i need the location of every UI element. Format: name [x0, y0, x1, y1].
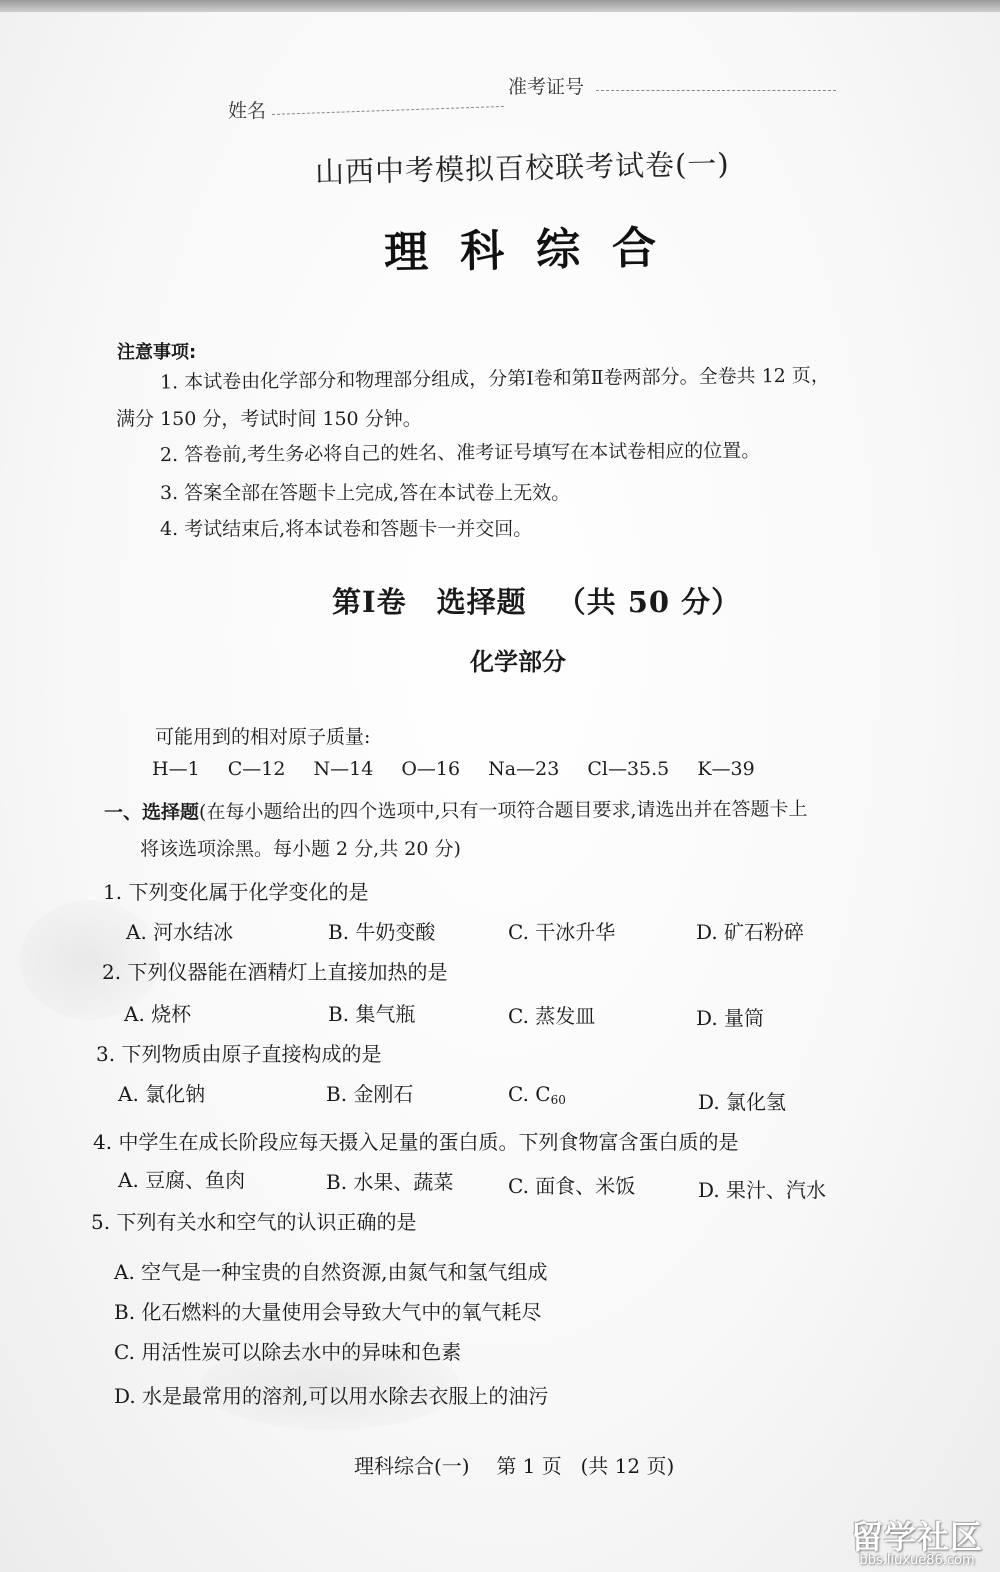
question-3-option-b: B. 金刚石: [326, 1078, 413, 1107]
atomic-mass-label: 可能用到的相对原子质量:: [155, 722, 370, 749]
footer-subject: 理科综合(一): [354, 1454, 470, 1478]
question-3-option-c: C. C60: [508, 1082, 566, 1107]
question-4-option-c: C. 面食、米饭: [508, 1170, 635, 1199]
question-4-option-d: D. 果汁、汽水: [698, 1174, 826, 1203]
atomic-mass-h: H—1: [152, 758, 200, 780]
section-heading: 第Ⅰ卷选择题（共 50 分）: [332, 580, 741, 621]
atomic-mass-k: K—39: [697, 758, 754, 780]
page-footer: 理科综合(一) 第 1 页 (共 12 页): [354, 1450, 674, 1479]
question-2-option-c: C. 蒸发皿: [508, 1000, 595, 1029]
notice-item-4: 4. 考试结束后,将本试卷和答题卡一并交回。: [160, 514, 532, 541]
question-1-option-b: B. 牛奶变酸: [328, 916, 435, 945]
mc-instructions: 一、选择题(在每小题给出的四个选项中,只有一项符合题目要求,请选出并在答题卡上: [104, 794, 808, 825]
question-5-option-c: C. 用活性炭可以除去水中的异味和色素: [114, 1336, 461, 1365]
question-1-option-d: D. 矿石粉碎: [696, 916, 804, 945]
mc-section-lead: 一、选择题: [104, 801, 199, 823]
notice-heading: 注意事项:: [117, 338, 196, 364]
notice-item-2: 2. 答卷前,考生务必将自己的姓名、准考证号填写在本试卷相应的位置。: [160, 436, 760, 467]
atomic-mass-list: H—1 C—12 N—14 O—16 Na—23 Cl—35.5 K—39: [152, 758, 777, 780]
notice-item-1-cont: 满分 150 分，考试时间 150 分钟。: [116, 404, 422, 431]
question-4-stem: 4. 中学生在成长阶段应每天摄入足量的蛋白质。下列食物富含蛋白质的是: [93, 1126, 738, 1155]
atomic-mass-na: Na—23: [488, 758, 559, 780]
question-2-option-a: A. 烧杯: [124, 998, 191, 1027]
atomic-mass-cl: Cl—35.5: [587, 758, 669, 780]
question-2-option-d: D. 量筒: [696, 1002, 764, 1031]
watermark-logo-text: 留学社区: [842, 1520, 992, 1554]
question-5-option-d: D. 水是最常用的溶剂,可以用水除去衣服上的油污: [114, 1380, 548, 1409]
mc-instructions-line1: (在每小题给出的四个选项中,只有一项符合题目要求,请选出并在答题卡上: [199, 798, 808, 823]
question-4-option-b: B. 水果、蔬菜: [326, 1166, 453, 1195]
question-3-option-c-text: C. C: [508, 1082, 551, 1106]
footer-page-number: 第 1 页: [496, 1454, 561, 1478]
footer-total-pages: (共 12 页): [581, 1454, 675, 1478]
exam-id-input-line[interactable]: [596, 90, 836, 91]
exam-id-label: 准考证号: [508, 72, 584, 99]
notice-item-3: 3. 答案全部在答题卡上完成,答在本试卷上无效。: [160, 478, 570, 505]
question-5-stem: 5. 下列有关水和空气的认识正确的是: [91, 1206, 416, 1235]
question-2-stem: 2. 下列仪器能在酒精灯上直接加热的是: [102, 956, 447, 985]
site-watermark: 留学社区 bbs.liuxue86.com: [842, 1520, 992, 1568]
question-4-option-a: A. 豆腐、鱼肉: [118, 1164, 245, 1193]
question-5-option-a: A. 空气是一种宝贵的自然资源,由氮气和氢气组成: [114, 1256, 548, 1285]
question-1-stem: 1. 下列变化属于化学变化的是: [103, 876, 368, 905]
question-5-option-b: B. 化石燃料的大量使用会导致大气中的氧气耗尽: [114, 1296, 541, 1325]
question-3-option-d: D. 氯化氢: [698, 1086, 786, 1115]
subject-title: 理科综合: [383, 211, 688, 280]
atomic-mass-n: N—14: [313, 758, 373, 780]
question-2-option-b: B. 集气瓶: [328, 998, 415, 1027]
question-3-stem: 3. 下列物质由原子直接构成的是: [96, 1038, 381, 1067]
watermark-url: bbs.liuxue86.com: [842, 1554, 992, 1568]
section-points: （共 50 分）: [557, 585, 742, 619]
atomic-mass-c: C—12: [228, 758, 286, 780]
exam-title: 山西中考模拟百校联考试卷(一): [315, 142, 730, 192]
part-title: 化学部分: [470, 642, 566, 677]
question-1-option-c: C. 干冰升华: [508, 916, 615, 945]
volume-label: 第Ⅰ卷: [332, 585, 407, 619]
name-label: 姓名: [228, 96, 266, 123]
question-3-option-a: A. 氯化钠: [118, 1078, 205, 1107]
question-3-option-c-subscript: 60: [551, 1093, 566, 1107]
question-1-option-a: A. 河水结冰: [126, 916, 233, 945]
question-type: 选择题: [437, 585, 527, 619]
mc-instructions-line2: 将该选项涂黑。每小题 2 分,共 20 分): [140, 834, 461, 861]
atomic-mass-o: O—16: [401, 758, 460, 780]
